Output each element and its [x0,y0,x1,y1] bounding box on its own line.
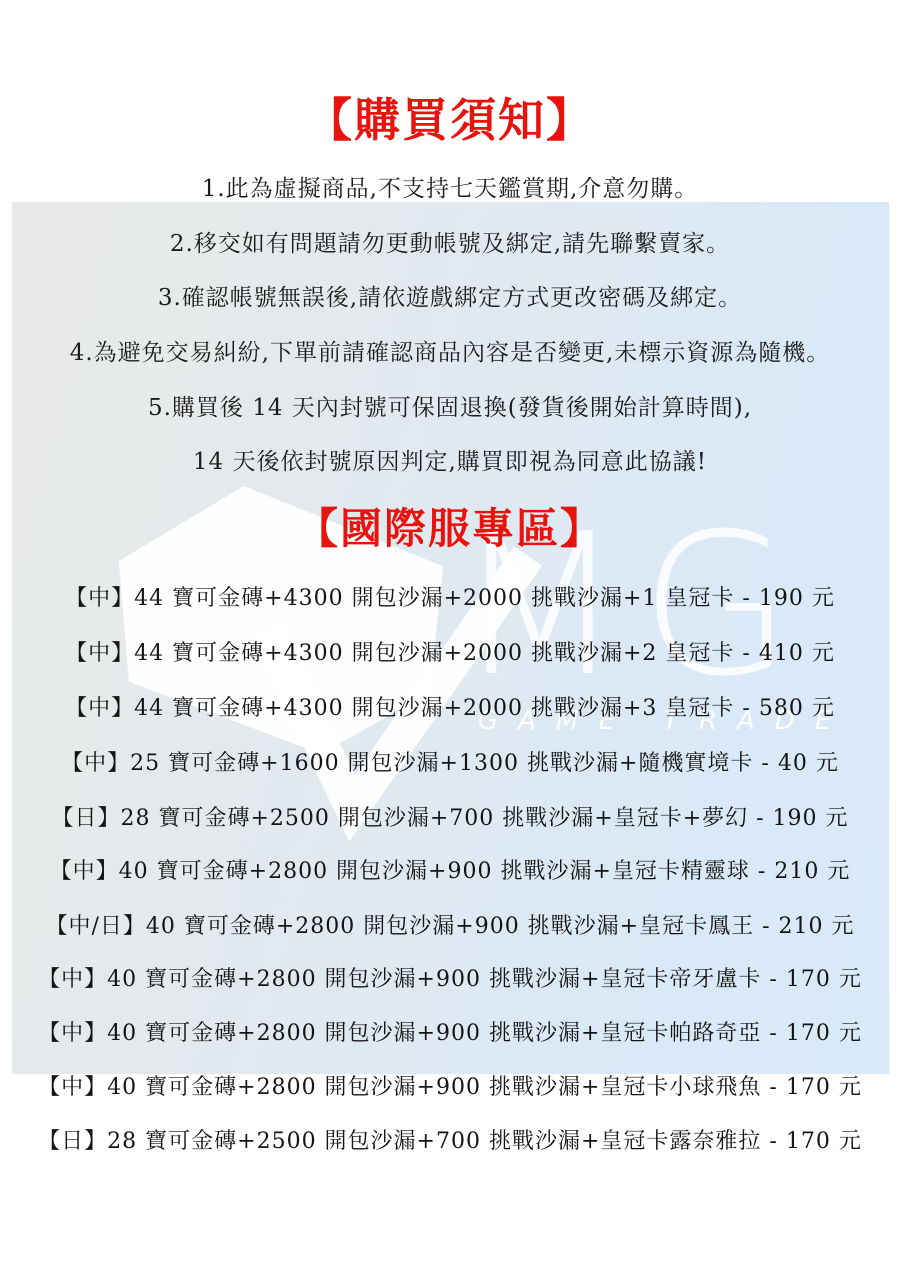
product-price-line: 【中】44 寶可金磚+4300 開包沙漏+2000 挑戰沙漏+1 皇冠卡 - 1… [0,585,900,613]
notice-line: 1.此為虛擬商品,不支持七天鑑賞期,介意勿購。 [0,175,900,203]
notice-line: 14 天後依封號原因判定,購買即視為同意此協議! [0,448,900,476]
section-title-international-server: 【國際服專區】 [0,504,900,554]
purchase-notice-poster: MG GAME TRADE 【購買須知】 1.此為虛擬商品,不支持七天鑑賞期,介… [0,0,900,1273]
product-price-line: 【中】40 寶可金磚+2800 開包沙漏+900 挑戰沙漏+皇冠卡小球飛魚 - … [0,1074,900,1102]
product-price-line: 【中/日】40 寶可金磚+2800 開包沙漏+900 挑戰沙漏+皇冠卡鳳王 - … [0,913,900,941]
section-title-purchase-notice: 【購買須知】 [0,94,900,146]
notice-line: 3.確認帳號無誤後,請依遊戲綁定方式更改密碼及綁定。 [0,284,900,312]
product-price-line: 【中】40 寶可金磚+2800 開包沙漏+900 挑戰沙漏+皇冠卡帕路奇亞 - … [0,1020,900,1048]
notice-line: 5.購買後 14 天內封號可保固退換(發貨後開始計算時間), [0,394,900,422]
product-price-line: 【中】25 寶可金磚+1600 開包沙漏+1300 挑戰沙漏+隨機實境卡 - 4… [0,750,900,778]
product-price-line: 【日】28 寶可金磚+2500 開包沙漏+700 挑戰沙漏+皇冠卡露奈雅拉 - … [0,1128,900,1156]
notice-line: 2.移交如有問題請勿更動帳號及綁定,請先聯繫賣家。 [0,230,900,258]
product-price-line: 【中】40 寶可金磚+2800 開包沙漏+900 挑戰沙漏+皇冠卡帝牙盧卡 - … [0,966,900,994]
notice-line: 4.為避免交易糾紛,下單前請確認商品內容是否變更,未標示資源為隨機。 [0,339,900,367]
product-price-line: 【中】40 寶可金磚+2800 開包沙漏+900 挑戰沙漏+皇冠卡精靈球 - 2… [0,858,900,886]
product-price-line: 【中】44 寶可金磚+4300 開包沙漏+2000 挑戰沙漏+2 皇冠卡 - 4… [0,640,900,668]
product-price-line: 【日】28 寶可金磚+2500 開包沙漏+700 挑戰沙漏+皇冠卡+夢幻 - 1… [0,805,900,833]
product-price-line: 【中】44 寶可金磚+4300 開包沙漏+2000 挑戰沙漏+3 皇冠卡 - 5… [0,695,900,723]
